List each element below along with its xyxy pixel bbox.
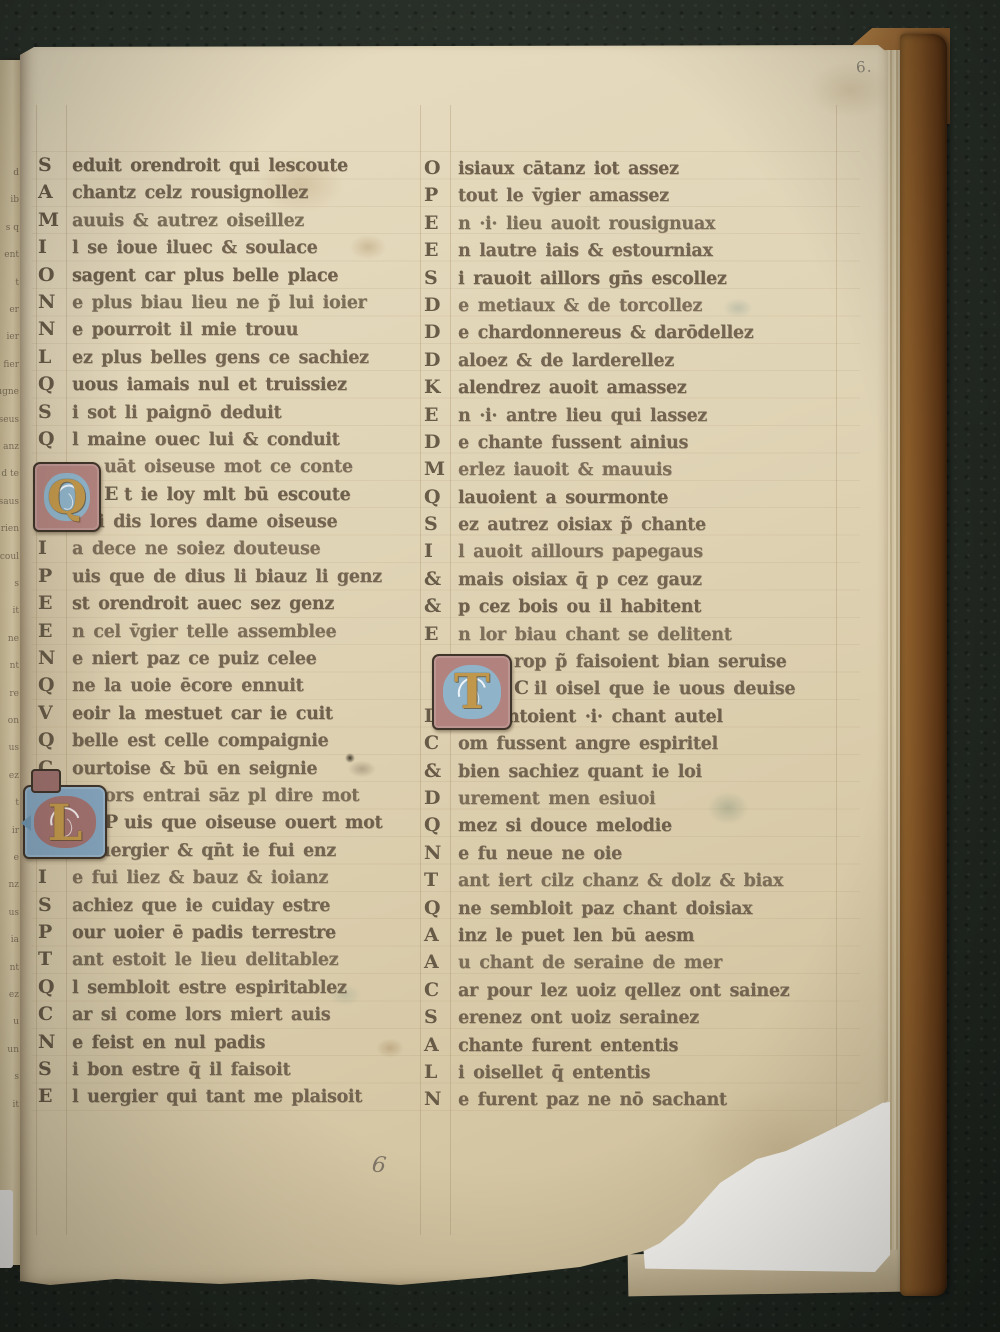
versal-letter: E (424, 237, 458, 264)
verse-line: Au chant de seraine de mer (424, 949, 864, 976)
versal-letter: E (104, 481, 124, 508)
versal-letter: N (38, 289, 72, 316)
verse-line: Ne furent paz ne nō sachant (424, 1086, 864, 1113)
text-fragment: fier (3, 360, 19, 370)
verse-line: Sachiez que ie cuiday estre (38, 892, 418, 919)
verse-line: Ne feist en nul padis (38, 1029, 418, 1056)
verse-text: uis que oiseuse ouert mot (124, 813, 382, 833)
versal-letter: S (38, 152, 72, 179)
verse-text: t ie loy mlt bū escoute (124, 485, 350, 505)
verse-line: &bien sachiez quant ie loi (424, 758, 864, 785)
quire-mark: 6 (371, 1152, 388, 1179)
verse-line: De metiaux & de torcollez (424, 292, 864, 319)
verse-text: el uergier & qn̄t ie fui enz (72, 841, 336, 861)
versal-letter: E (424, 621, 458, 648)
verse-text: chantz celz rousignollez (72, 183, 308, 203)
text-fragment: er (9, 305, 19, 315)
manuscript-page: 6. Seduit orendroit qui lescouteAchantz … (20, 45, 888, 1285)
versal-letter: I (38, 535, 72, 562)
versal-letter: E (424, 210, 458, 237)
verse-text: i sot li paignō deduit (72, 403, 281, 423)
verse-line: Est orendroit auec sez genz (38, 590, 418, 617)
verse-text: isiaux cātanz iot assez (458, 159, 679, 179)
verse-line: Com fussent angre espiritel (424, 730, 864, 757)
verse-line: Qmez si douce melodie (424, 812, 864, 839)
verse-text: erenez ont uoiz serainez (458, 1008, 699, 1028)
versal-letter: P (104, 809, 124, 836)
versal-letter: A (424, 922, 458, 949)
versal-letter: D (424, 347, 458, 374)
versal-letter: N (38, 1029, 72, 1056)
verse-text: e niert paz ce puiz celee (72, 649, 316, 669)
verse-text: i bon estre q̄ il faisoit (72, 1060, 290, 1080)
text-fragment: ez (9, 771, 19, 781)
versal-letter: S (38, 892, 72, 919)
text-fragment: t (15, 798, 19, 808)
verse-text: mais oisiax q̄ p cez gauz (458, 570, 702, 590)
versal-letter: Q (424, 484, 458, 511)
versal-letter: Q (424, 812, 458, 839)
text-fragment: e (14, 853, 19, 863)
verse-text: ant iert cilz chanz & dolz & biax (458, 871, 783, 891)
versal-letter: & (424, 593, 458, 620)
versal-letter: Q (38, 672, 72, 699)
verse-line: Ia dece ne soiez douteuse (38, 535, 418, 562)
verse-line: Tant iert cilz chanz & dolz & biax (424, 867, 864, 894)
text-fragment: re (9, 689, 19, 699)
left-bottom-paper-sliver (0, 1190, 13, 1268)
versal-letter: E (424, 402, 458, 429)
verse-text: uous iamais nul et truissiez (72, 375, 347, 395)
verse-text: eoir la mestuet car ie cuit (72, 704, 333, 724)
verse-line: De chardonnereus & darōdellez (424, 319, 864, 346)
text-fragment: ne (8, 634, 19, 644)
versal-letter: S (38, 1056, 72, 1083)
text-fragment: ib (10, 195, 19, 205)
text-fragment: s (14, 579, 19, 589)
versal-letter: S (424, 511, 458, 538)
verse-text: p cez bois ou il habitent (458, 597, 701, 617)
verse-text: belle est celle compaignie (72, 731, 328, 751)
decorated-initial-q: Q (33, 462, 101, 532)
verse-line: Tant estoit le lieu delitablez (38, 946, 418, 973)
verse-text: n cel v̄gier telle assemblee (72, 622, 336, 642)
verse-text: alendrez auoit amassez (458, 378, 686, 398)
versal-letter: K (424, 374, 458, 401)
verse-text: il oisel que ie uous deuise (534, 679, 795, 699)
versal-letter: C (514, 675, 534, 702)
verse-line: Seduit orendroit qui lescoute (38, 152, 418, 179)
verse-text: e fui liez & bauz & ioianz (72, 868, 328, 888)
verse-text: auuis & autrez oiseillez (72, 211, 304, 231)
verse-text: n lor biau chant se delitent (458, 625, 731, 645)
versal-letter: N (38, 645, 72, 672)
verse-text: e chardonnereus & darōdellez (458, 323, 753, 343)
verse-text: tout le v̄gier amassez (458, 186, 669, 206)
verse-line: Il auoit aillours papegaus (424, 538, 864, 565)
text-fragment: nt (10, 661, 19, 671)
verse-text: l uergier qui tant me plaisoit (72, 1087, 362, 1107)
text-fragment: d (13, 168, 19, 178)
versal-letter: S (38, 399, 72, 426)
versal-letter: T (38, 946, 72, 973)
versal-letter: T (424, 867, 458, 894)
versal-letter: O (38, 262, 72, 289)
text-fragment: us (9, 908, 19, 918)
versal-letter: L (38, 344, 72, 371)
text-fragment: ent (4, 250, 19, 260)
verse-text: urement men esiuoi (458, 789, 655, 809)
versal-letter: S (424, 265, 458, 292)
verse-line: Daloez & de larderellez (424, 347, 864, 374)
verse-line: Ql sembloit estre espiritablez (38, 974, 418, 1001)
verse-line: El uergier qui tant me plaisoit (38, 1083, 418, 1110)
verse-line: Ne fu neue ne oie (424, 840, 864, 867)
verse-line: Si bon estre q̄ il faisoit (38, 1056, 418, 1083)
text-fragment: it (13, 606, 20, 616)
versal-letter: N (424, 1086, 458, 1113)
fore-edge-leather (900, 34, 947, 1296)
verse-line: Ie fui liez & bauz & ioianz (38, 864, 418, 891)
decorated-initial-t: T (432, 654, 512, 730)
verse-line: Veoir la mestuet car ie cuit (38, 700, 418, 727)
versal-letter: A (424, 1032, 458, 1059)
verse-line: Serenez ont uoiz serainez (424, 1004, 864, 1031)
vertical-ruling-line (420, 105, 421, 1235)
verse-text: i oisellet q̄ ententis (458, 1063, 650, 1083)
verse-text: l auoit aillours papegaus (458, 542, 703, 562)
book-photograph: dibs qentterierfierugneseusanzd tessausr… (0, 0, 1000, 1332)
versal-letter: Q (38, 426, 72, 453)
verse-line: En lor biau chant se delitent (424, 621, 864, 648)
verse-text: e fu neue ne oie (458, 844, 622, 864)
verse-text: eduit orendroit qui lescoute (72, 156, 348, 176)
verse-text: erlez iauoit & mauuis (458, 460, 672, 480)
verse-line: Mauuis & autrez oiseillez (38, 207, 418, 234)
verse-text: mez si douce melodie (458, 816, 672, 836)
verse-text: n ·i· antre lieu qui lassez (458, 406, 707, 426)
versal-letter: Q (38, 371, 72, 398)
verse-text: ant estoit le lieu delitablez (72, 950, 338, 970)
versal-letter: E (38, 590, 72, 617)
versal-letter: S (424, 1004, 458, 1031)
text-fragment: s (14, 1072, 19, 1082)
versal-letter: V (38, 700, 72, 727)
text-fragment: ez (9, 990, 19, 1000)
verse-text: aloez & de larderellez (458, 351, 674, 371)
verse-text: i rauoit aillors gn̄s escollez (458, 269, 727, 289)
versal-letter: D (424, 319, 458, 346)
verse-line: Pour uoier ē padis terrestre (38, 919, 418, 946)
text-fragment: t (15, 278, 19, 288)
verse-line: En ·i· lieu auoit rousignuax (424, 210, 864, 237)
versal-letter: D (424, 429, 458, 456)
text-fragment: ier (6, 332, 19, 342)
verse-text: l se ioue iluec & soulace (72, 238, 317, 258)
verse-line: Ne niert paz ce puiz celee (38, 645, 418, 672)
verse-text: ez autrez oisiax p̃ chante (458, 515, 706, 535)
versal-letter: O (424, 155, 458, 182)
verse-line: &mais oisiax q̄ p cez gauz (424, 566, 864, 593)
text-fragment: ir (12, 826, 19, 836)
verse-line: Qne la uoie ēcore ennuit (38, 672, 418, 699)
versal-letter: M (424, 456, 458, 483)
text-column-left: Seduit orendroit qui lescouteAchantz cel… (38, 152, 418, 1111)
versal-letter: P (38, 919, 72, 946)
initial-letter: Q (35, 464, 99, 530)
verse-line: Oisiaux cātanz iot assez (424, 155, 864, 182)
text-fragment: un (7, 1045, 19, 1055)
verse-text: ar pour lez uoiz qellez ont sainez (458, 981, 789, 1001)
verse-line: Courtoise & bū en seignie (38, 755, 418, 782)
versal-letter: L (424, 1059, 458, 1086)
verse-line: Kalendrez auoit amassez (424, 374, 864, 401)
verse-text: achiez que ie cuiday estre (72, 896, 330, 916)
initial-letter: T (434, 656, 510, 728)
verse-text: rop p̃ faisoient bian seruise (514, 652, 786, 672)
verse-text: e pourroit il mie trouu (72, 320, 298, 340)
verse-text: e furent paz ne nō sachant (458, 1090, 727, 1110)
verse-text: ne la uoie ēcore ennuit (72, 676, 303, 696)
verse-line: Si rauoit aillors gn̄s escollez (424, 265, 864, 292)
verse-line: &p cez bois ou il habitent (424, 593, 864, 620)
text-fragment: us (9, 743, 19, 753)
versal-letter: I (38, 864, 72, 891)
verse-line: Quous iamais nul et truissiez (38, 371, 418, 398)
folio-number: 6. (855, 57, 873, 76)
verse-line: Si sot li paignō deduit (38, 399, 418, 426)
verse-line: Ptout le v̄gier amassez (424, 182, 864, 209)
verse-line: Durement men esiuoi (424, 785, 864, 812)
verse-line: Ainz le puet len bū aesm (424, 922, 864, 949)
text-fragment: coul (0, 552, 19, 562)
versal-letter: & (424, 566, 458, 593)
verse-line: Car si come lors miert auis (38, 1001, 418, 1028)
verse-text: our uoier ē padis terrestre (72, 923, 336, 943)
verse-text: ne sembloit paz chant doisiax (458, 899, 752, 919)
verse-line: Qne sembloit paz chant doisiax (424, 895, 864, 922)
verse-line: Achantz celz rousignollez (38, 179, 418, 206)
versal-letter: N (38, 316, 72, 343)
versal-letter: Q (424, 895, 458, 922)
verse-line: Osagent car plus belle place (38, 262, 418, 289)
verse-text: uis que de dius li biauz li genz (72, 567, 382, 587)
verse-text: chante furent ententis (458, 1036, 678, 1056)
decorated-initial-l: L (23, 785, 107, 859)
verse-line: En cel v̄gier telle assemblee (38, 618, 418, 645)
text-fragment: ssaus (0, 497, 19, 507)
versal-letter: A (424, 949, 458, 976)
previous-page-edge: dibs qentterierfierugneseusanzd tessausr… (0, 60, 21, 1265)
verse-text: e chante fussent ainius (458, 433, 688, 453)
versal-letter: E (38, 1083, 72, 1110)
initial-letter: L (25, 787, 105, 857)
versal-letter: E (38, 618, 72, 645)
text-fragment: rien (1, 524, 19, 534)
verse-text: bien sachiez quant ie loi (458, 762, 702, 782)
verse-line: Ql maine ouec lui & conduit (38, 426, 418, 453)
versal-letter: D (424, 785, 458, 812)
vertical-ruling-line (36, 105, 37, 1235)
verse-line: Il se ioue iluec & soulace (38, 234, 418, 261)
verse-line: En ·i· antre lieu qui lassez (424, 402, 864, 429)
verse-line: Qbelle est celle compaignie (38, 727, 418, 754)
versal-letter: A (38, 179, 72, 206)
versal-letter: M (38, 207, 72, 234)
text-fragment: ia (11, 935, 19, 945)
verse-text: a dece ne soiez douteuse (72, 539, 320, 559)
verse-line: Lez plus belles gens ce sachiez (38, 344, 418, 371)
versal-letter: P (424, 182, 458, 209)
verse-text: st orendroit auec sez genz (72, 594, 334, 614)
text-fragment: nz (8, 880, 19, 890)
text-column-right: Oisiaux cātanz iot assezPtout le v̄gier … (424, 155, 864, 1114)
verse-line: Achante furent ententis (424, 1032, 864, 1059)
verse-text: e feist en nul padis (72, 1033, 265, 1053)
verse-text: lauoient a sourmonte (458, 488, 668, 508)
verse-text: n lautre iais & estourniax (458, 241, 713, 261)
text-fragment: d te (1, 469, 19, 479)
verse-text: e metiaux & de torcollez (458, 296, 702, 316)
verse-line: Ne pourroit il mie trouu (38, 316, 418, 343)
verse-line: Sez autrez oisiax p̃ chante (424, 511, 864, 538)
text-fragment: ugne (0, 387, 19, 397)
text-fragment: seus (0, 415, 19, 425)
versal-letter: P (38, 563, 72, 590)
versal-letter: Q (38, 727, 72, 754)
verse-text: e plus biau lieu ne p̃ lui ioier (72, 293, 366, 313)
verse-text: e li dis lores dame oiseuse (72, 512, 337, 532)
verse-text: ors entrai sāz pl dire mot (104, 786, 359, 806)
versal-letter: & (424, 758, 458, 785)
versal-letter: C (424, 730, 458, 757)
verse-line: Puis que de dius li biauz li genz (38, 563, 418, 590)
versal-letter: D (424, 292, 458, 319)
verse-line: Ne plus biau lieu ne p̃ lui ioier (38, 289, 418, 316)
versal-letter: C (38, 1001, 72, 1028)
versal-letter: I (38, 234, 72, 261)
verse-line: Merlez iauoit & mauuis (424, 456, 864, 483)
text-fragment: anz (3, 442, 19, 452)
verse-line: Car pour lez uoiz qellez ont sainez (424, 977, 864, 1004)
verse-line: Qlauoient a sourmonte (424, 484, 864, 511)
text-fragment: on (8, 716, 19, 726)
verse-text: ourtoise & bū en seignie (72, 759, 317, 779)
verse-line: De chante fussent ainius (424, 429, 864, 456)
verse-text: om fussent angre espiritel (458, 734, 718, 754)
verse-text: uāt oiseuse mot ce conte (104, 457, 353, 477)
text-fragment: nt (10, 963, 19, 973)
versal-letter: C (424, 977, 458, 1004)
versal-letter: N (424, 840, 458, 867)
versal-letter: Q (38, 974, 72, 1001)
text-fragment: u (13, 1017, 19, 1027)
versal-letter: I (424, 538, 458, 565)
verse-text: l maine ouec lui & conduit (72, 430, 339, 450)
verse-text: n ·i· lieu auoit rousignuax (458, 214, 715, 234)
text-fragment: s q (6, 223, 19, 233)
text-fragment: it (13, 1100, 20, 1110)
verse-text: sagent car plus belle place (72, 266, 338, 286)
verse-line: En lautre iais & estourniax (424, 237, 864, 264)
verse-text: ez plus belles gens ce sachiez (72, 348, 369, 368)
verse-text: inz le puet len bū aesm (458, 926, 694, 946)
verse-text: l sembloit estre espiritablez (72, 978, 347, 998)
verse-text: ar si come lors miert auis (72, 1005, 330, 1025)
verse-line: Li oisellet q̄ ententis (424, 1059, 864, 1086)
verse-text: u chant de seraine de mer (458, 953, 722, 973)
